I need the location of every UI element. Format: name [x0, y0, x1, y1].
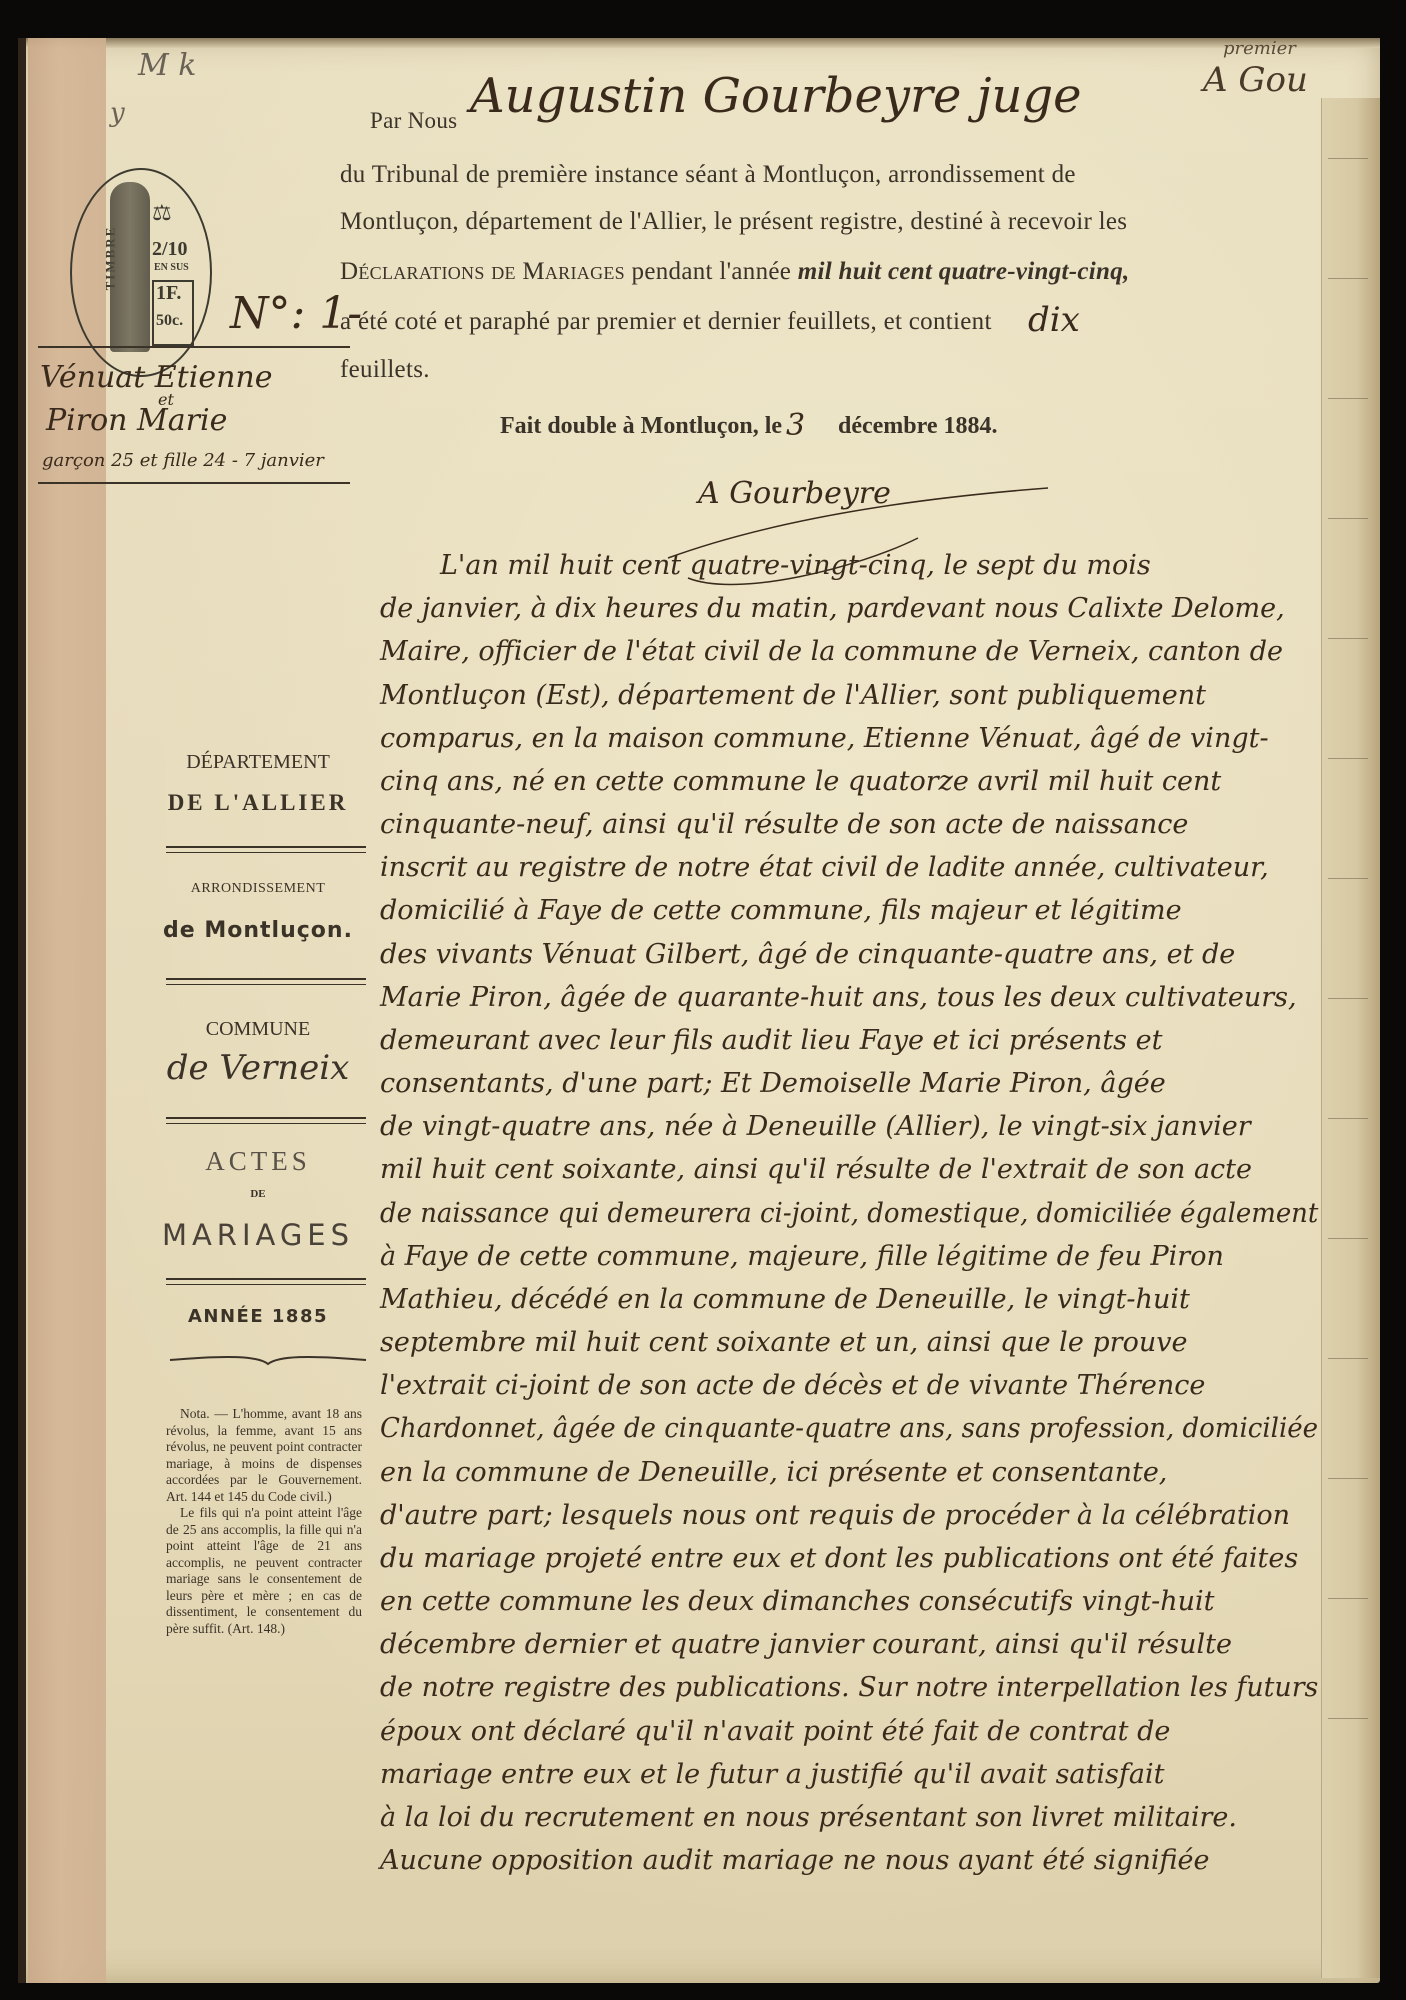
page-stack-edge: [1321, 98, 1380, 1978]
header-line-3: Montluçon, département de l'Allier, le p…: [340, 208, 1127, 236]
margin-rule-top: [38, 346, 350, 348]
body-line: en cette commune les deux dimanches cons…: [380, 1586, 1215, 1617]
header-line-6: feuillets.: [340, 356, 430, 384]
body-line: à la loi du recrutement en nous présenta…: [380, 1802, 1237, 1833]
year-text: mil huit cent quatre-vingt-cinq,: [798, 258, 1130, 285]
body-line: mil huit cent soixante, ainsi qu'il résu…: [380, 1154, 1252, 1185]
body-line: septembre mil huit cent soixante et un, …: [380, 1327, 1187, 1358]
actes-label: ACTES: [148, 1146, 368, 1177]
annee-label: ANNÉE 1885: [148, 1306, 368, 1327]
commune-label: COMMUNE: [148, 1018, 368, 1041]
body-line: cinq ans, né en cette commune le quatorz…: [380, 766, 1221, 797]
sidebar-rule-4: [166, 1278, 366, 1285]
register-page: M k y premier A Gou TIMBRE ⚖ 2/10 EN SUS…: [18, 38, 1380, 1983]
body-line: L'an mil huit cent quatre-vingt-cinq, le…: [440, 550, 1151, 581]
body-line: du mariage projeté entre eux et dont les…: [380, 1543, 1298, 1574]
body-line: mariage entre eux et le futur a justifié…: [380, 1759, 1164, 1790]
par-nous-label: Par Nous: [370, 108, 457, 134]
body-line: à Faye de cette commune, majeure, fille …: [380, 1241, 1224, 1272]
justice-figure-icon: [110, 182, 150, 352]
fait-double-suffix: décembre 1884.: [838, 413, 998, 440]
sidebar-rule-1: [166, 846, 366, 853]
body-line: de naissance qui demeurera ci-joint, dom…: [380, 1198, 1318, 1229]
body-line: des vivants Vénuat Gilbert, âgé de cinqu…: [380, 939, 1235, 970]
arrondissement-label: ARRONDISSEMENT: [148, 881, 368, 897]
departement-label: DÉPARTEMENT: [148, 751, 368, 774]
body-line: Aucune opposition audit mariage ne nous …: [380, 1845, 1210, 1876]
sidebar-ornament-icon: [168, 1353, 368, 1367]
body-line: inscrit au registre de notre état civil …: [380, 852, 1269, 883]
act-number: N°: 1-: [230, 288, 362, 339]
body-line: époux ont déclaré qu'il n'avait point ét…: [380, 1716, 1170, 1747]
body-line: comparus, en la maison commune, Etienne …: [380, 723, 1269, 754]
nota-paragraph-2: Le fils qui n'a point atteint l'âge de 2…: [166, 1505, 362, 1637]
body-line: de notre registre des publications. Sur …: [380, 1672, 1318, 1703]
fait-double-prefix: Fait double à Montluçon, le: [500, 413, 782, 440]
corner-note-mk: M k: [138, 48, 196, 83]
body-line: Maire, officier de l'état civil de la co…: [380, 636, 1283, 667]
body-line: Chardonnet, âgée de cinquante-quatre ans…: [380, 1413, 1318, 1444]
annee-label: pendant l'année: [625, 258, 798, 285]
stamp-price-franc: 1F.: [156, 282, 181, 305]
header-line-4: Déclarations de Mariages pendant l'année…: [340, 258, 1130, 286]
corner-initials: A Gou: [1203, 60, 1308, 100]
body-line: de janvier, à dix heures du matin, parde…: [380, 593, 1285, 624]
commune-value: de Verneix: [148, 1048, 368, 1088]
header-line-2: du Tribunal de première instance séant à…: [340, 161, 1076, 189]
departement-value: DE L'ALLIER: [148, 790, 368, 816]
sidebar-rule-2: [166, 978, 366, 985]
header-line-5: a été coté et paraphé par premier et der…: [340, 308, 992, 336]
corner-note-premier: premier: [1223, 38, 1296, 59]
nota-legal-text: Nota. — L'homme, avant 18 ans révolus, l…: [166, 1406, 362, 1637]
corner-note-y: y: [110, 98, 125, 128]
body-line: domicilié à Faye de cette commune, fils …: [380, 895, 1182, 926]
judge-name: Augustin Gourbeyre juge: [470, 68, 1082, 124]
body-line: Montluçon (Est), département de l'Allier…: [380, 680, 1206, 711]
binding-edge: [18, 38, 26, 1983]
leaf-count: dix: [1028, 300, 1080, 340]
page-top-edge: [18, 38, 1380, 48]
sidebar-rule-3: [166, 1117, 366, 1124]
declarations-label: Déclarations de Mariages: [340, 258, 625, 285]
scales-icon: ⚖: [152, 200, 172, 226]
body-line: l'extrait ci-joint de son acte de décès …: [380, 1370, 1205, 1401]
margin-summary: garçon 25 et fille 24 - 7 janvier: [42, 450, 324, 471]
arrondissement-value: de Montluçon.: [148, 918, 368, 943]
fait-day: 3: [786, 408, 805, 443]
body-line: Marie Piron, âgée de quarante-huit ans, …: [380, 982, 1297, 1013]
stamp-tax: 2/10: [152, 238, 188, 261]
body-line: en la commune de Deneuille, ici présente…: [380, 1457, 1167, 1488]
stamp-price-cent: 50c.: [156, 312, 183, 330]
body-line: cinquante-neuf, ainsi qu'il résulte de s…: [380, 809, 1188, 840]
nota-paragraph-1: Nota. — L'homme, avant 18 ans révolus, l…: [166, 1406, 362, 1505]
bride-name: Piron Marie: [46, 403, 227, 438]
body-line: d'autre part; lesquels nous ont requis d…: [380, 1500, 1290, 1531]
body-line: consentants, d'une part; Et Demoiselle M…: [380, 1068, 1166, 1099]
body-line: Mathieu, décédé en la commune de Deneuil…: [380, 1284, 1190, 1315]
margin-rule-bottom: [38, 482, 350, 484]
mariages-label: MARIAGES: [148, 1218, 368, 1252]
de-label: DE: [148, 1188, 368, 1200]
body-line: demeurant avec leur fils audit lieu Faye…: [380, 1025, 1162, 1056]
groom-name: Vénuat Etienne: [40, 360, 273, 395]
body-line: de vingt-quatre ans, née à Deneuille (Al…: [380, 1111, 1251, 1142]
stamp-tax-note: EN SUS: [154, 262, 189, 273]
body-line: décembre dernier et quatre janvier coura…: [380, 1629, 1232, 1660]
